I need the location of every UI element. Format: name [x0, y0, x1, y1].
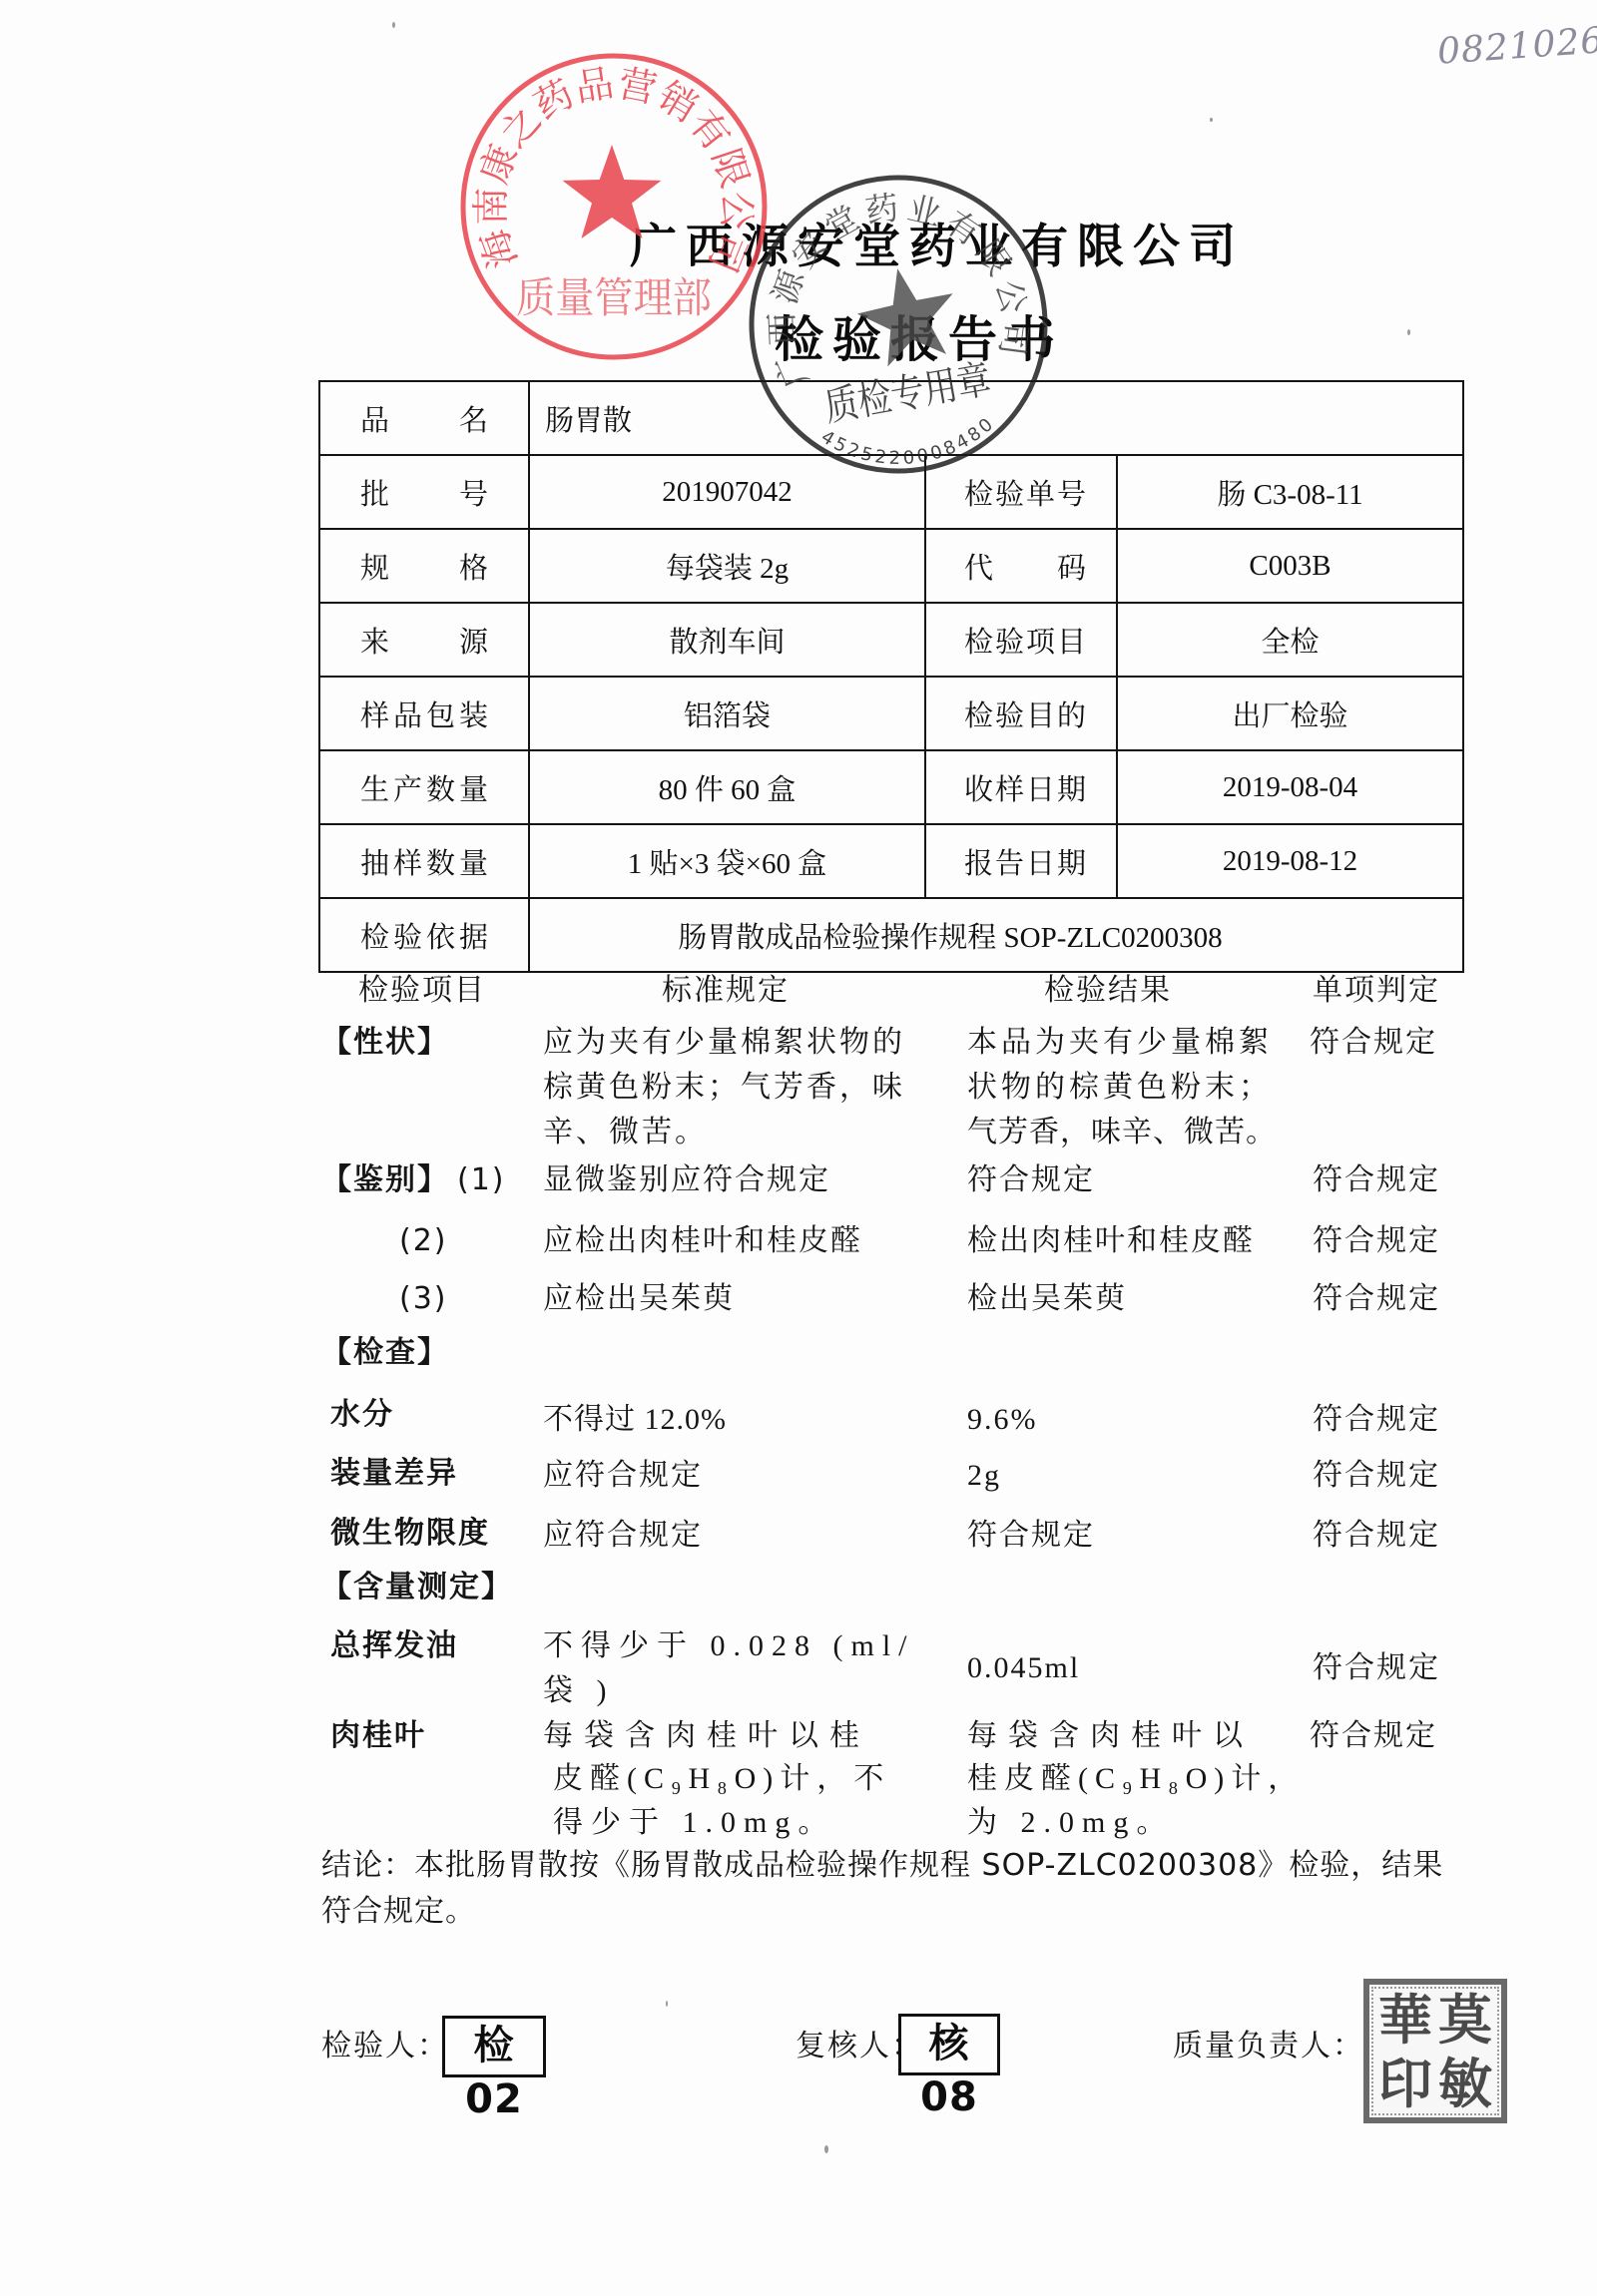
header-result: 检验结果 — [1044, 969, 1172, 1013]
value-inspection-no: 肠 C3-08-11 — [1117, 455, 1463, 529]
inspection-report-page: 0821026 广西源安堂药业有限公司 检验报告书 品名 肠胃散 批号 2019… — [0, 0, 1597, 2296]
value-receipt-date: 2019-08-04 — [1117, 750, 1463, 824]
header-item: 检验项目 — [358, 969, 486, 1013]
assay-name: 肉桂叶 — [330, 1714, 426, 1758]
standard-line: 棕黄色粉末；气芳香，味 — [543, 1066, 905, 1110]
value-product-name: 肠胃散 — [529, 381, 1463, 455]
result: 符合规定 — [967, 1514, 1095, 1558]
result-line: 气芳香，味辛、微苦。 — [967, 1111, 1277, 1154]
standard-line: 袋 ) — [543, 1669, 615, 1713]
value-sample-packaging: 铝箔袋 — [529, 677, 925, 750]
judgment: 符合规定 — [1313, 1514, 1440, 1558]
result: 检出肉桂叶和桂皮醛 — [967, 1219, 1255, 1263]
value-inspection-basis: 肠胃散成品检验操作规程 SOP-ZLC0200308 — [529, 898, 1463, 972]
judgment: 符合规定 — [1313, 1646, 1440, 1690]
standard-line: 皮醛(C₉H₈O)计，不 — [553, 1757, 890, 1801]
label-sample-quantity: 抽样数量 — [319, 824, 529, 898]
label-production-quantity: 生产数量 — [319, 750, 529, 824]
label-inspection-no: 检验单号 — [925, 455, 1117, 529]
scan-speck — [824, 2145, 828, 2153]
table-row: 生产数量 80 件 60 盒 收样日期 2019-08-04 — [319, 750, 1463, 824]
table-row-product-name: 品名 肠胃散 — [319, 381, 1463, 455]
assay-name: 总挥发油 — [330, 1624, 458, 1668]
judgment: 符合规定 — [1313, 1398, 1440, 1442]
conclusion-line: 符合规定。 — [321, 1890, 476, 1934]
inspector-label: 检验人： — [321, 2025, 449, 2068]
stamp-center-text: 质量管理部 — [516, 273, 712, 322]
result-line: 桂皮醛(C₉H₈O)计， — [967, 1757, 1305, 1801]
scan-speck — [1210, 118, 1213, 122]
judgment: 符合规定 — [1310, 1021, 1437, 1065]
header-judgment: 单项判定 — [1313, 969, 1440, 1013]
product-info-table: 品名 肠胃散 批号 201907042 检验单号 肠 C3-08-11 规格 每… — [318, 380, 1464, 973]
item-appearance: 【性状】 — [321, 1021, 449, 1065]
judgment: 符合规定 — [1313, 1219, 1440, 1263]
label-source: 来源 — [319, 603, 529, 677]
result-line: 为 2.0mg。 — [967, 1801, 1174, 1845]
check-name: 微生物限度 — [330, 1512, 490, 1556]
value-code: C003B — [1117, 529, 1463, 603]
result-line: 状物的棕黄色粉末； — [967, 1066, 1273, 1110]
label-code: 代码 — [925, 529, 1117, 603]
sub-item-number: (2) — [399, 1219, 448, 1263]
scan-speck — [666, 2001, 668, 2007]
label-batch-no: 批号 — [319, 455, 529, 529]
value-production-quantity: 80 件 60 盒 — [529, 750, 925, 824]
value-batch-no: 201907042 — [529, 455, 925, 529]
standard-line: 辛、微苦。 — [543, 1111, 708, 1154]
result: 符合规定 — [967, 1158, 1095, 1202]
result: 检出吴茱萸 — [967, 1277, 1127, 1321]
result-line: 本品为夹有少量棉絮 — [967, 1021, 1273, 1065]
scan-speck — [1407, 329, 1410, 335]
standard: 应检出吴茱萸 — [543, 1277, 735, 1321]
judgment: 符合规定 — [1313, 1277, 1440, 1321]
red-quality-department-stamp: 海南康之药品营销有限公司 质量管理部 — [454, 47, 774, 376]
table-row: 样品包装 铝箔袋 检验目的 出厂检验 — [319, 677, 1463, 750]
qa-manager-seal: 華 莫 印 敏 — [1363, 1979, 1507, 2123]
label-inspection-purpose: 检验目的 — [925, 677, 1117, 750]
result: 0.045ml — [967, 1646, 1080, 1690]
label-inspection-basis: 检验依据 — [319, 898, 529, 972]
judgment: 符合规定 — [1313, 1454, 1440, 1498]
item-checks: 【检查】 — [321, 1331, 449, 1375]
check-name: 水分 — [330, 1393, 394, 1437]
header-standard: 标准规定 — [662, 969, 790, 1013]
label-specification: 规格 — [319, 529, 529, 603]
label-product-name: 品名 — [319, 381, 529, 455]
label-inspection-items: 检验项目 — [925, 603, 1117, 677]
judgment: 符合规定 — [1313, 1158, 1440, 1202]
document-title: 检验报告书 — [775, 309, 1064, 371]
label-sample-packaging: 样品包装 — [319, 677, 529, 750]
seal-char: 莫 — [1435, 1989, 1495, 2051]
scan-speck — [392, 22, 395, 28]
reviewer-stamp: 核08 — [898, 2014, 1000, 2075]
value-report-date: 2019-08-12 — [1117, 824, 1463, 898]
sub-item-number: (3) — [399, 1277, 448, 1321]
item-assay: 【含量测定】 — [321, 1566, 513, 1609]
seal-char: 印 — [1375, 2053, 1435, 2114]
inspector-stamp: 检02 — [442, 2016, 546, 2077]
item-identification: 【鉴别】 — [321, 1158, 449, 1202]
sub-item-number: (1) — [457, 1158, 506, 1202]
judgment: 符合规定 — [1310, 1714, 1437, 1758]
standard-line: 应为夹有少量棉絮状物的 — [543, 1021, 905, 1065]
result: 9.6% — [967, 1398, 1038, 1442]
standard-line: 每袋含肉桂叶以桂 — [543, 1714, 870, 1758]
standard: 显微鉴别应符合规定 — [543, 1158, 830, 1202]
stamp-ring — [463, 56, 765, 357]
result: 2g — [967, 1454, 1001, 1498]
standard: 不得过 12.0% — [543, 1398, 727, 1442]
value-inspection-purpose: 出厂检验 — [1117, 677, 1463, 750]
standard-line: 得少于 1.0mg。 — [553, 1801, 835, 1845]
standard: 应符合规定 — [543, 1514, 703, 1558]
handwritten-note: 0821026 — [1436, 20, 1597, 73]
result-line: 每袋含肉桂叶以 — [967, 1714, 1254, 1758]
label-receipt-date: 收样日期 — [925, 750, 1117, 824]
standard-line: 不得少于 0.028 (ml/ — [543, 1624, 915, 1668]
company-name: 广西源安堂药业有限公司 — [630, 218, 1245, 277]
value-sample-quantity: 1 贴×3 袋×60 盒 — [529, 824, 925, 898]
standard: 应检出肉桂叶和桂皮醛 — [543, 1219, 862, 1263]
seal-char: 敏 — [1435, 2053, 1495, 2114]
table-row: 规格 每袋装 2g 代码 C003B — [319, 529, 1463, 603]
table-row: 来源 散剂车间 检验项目 全检 — [319, 603, 1463, 677]
standard: 应符合规定 — [543, 1454, 703, 1498]
value-source: 散剂车间 — [529, 603, 925, 677]
value-specification: 每袋装 2g — [529, 529, 925, 603]
check-name: 装量差异 — [330, 1452, 458, 1496]
label-report-date: 报告日期 — [925, 824, 1117, 898]
value-inspection-items: 全检 — [1117, 603, 1463, 677]
qa-manager-label: 质量负责人： — [1173, 2025, 1364, 2068]
seal-char: 華 — [1375, 1989, 1435, 2051]
table-row: 批号 201907042 检验单号 肠 C3-08-11 — [319, 455, 1463, 529]
table-row: 抽样数量 1 贴×3 袋×60 盒 报告日期 2019-08-12 — [319, 824, 1463, 898]
table-row-basis: 检验依据 肠胃散成品检验操作规程 SOP-ZLC0200308 — [319, 898, 1463, 972]
conclusion-line: 结论：本批肠胃散按《肠胃散成品检验操作规程 SOP-ZLC0200308》检验，… — [321, 1844, 1443, 1888]
